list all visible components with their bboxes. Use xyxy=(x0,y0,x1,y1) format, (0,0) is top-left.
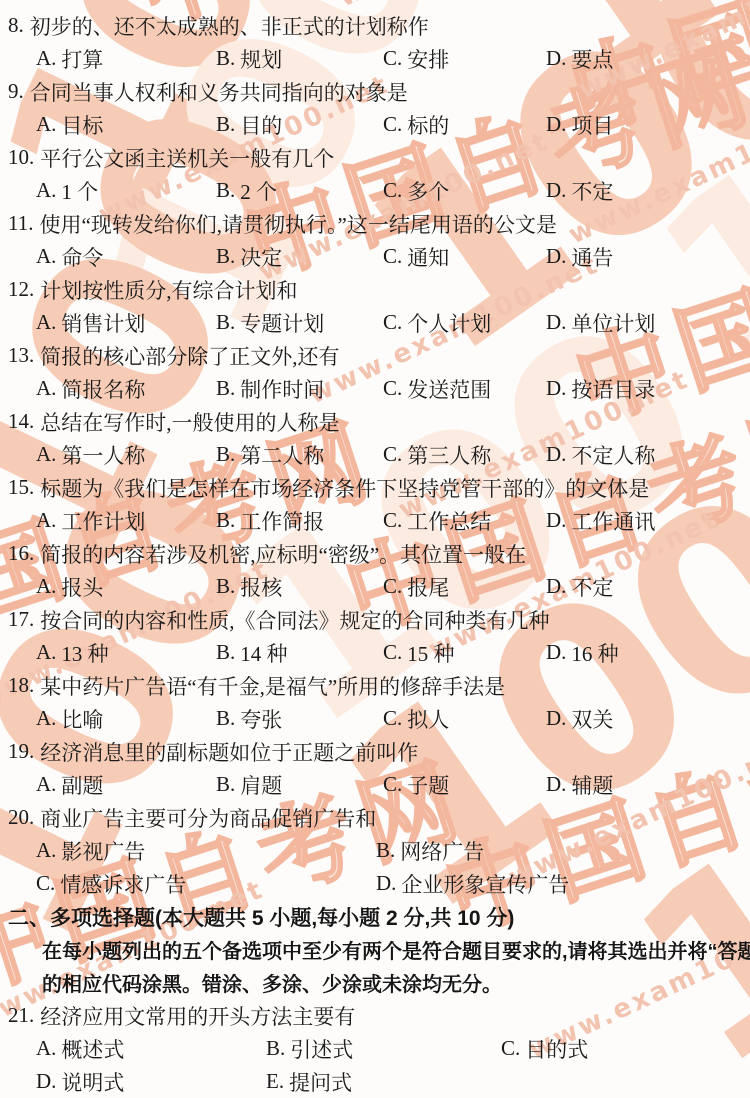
option-text: 多个 xyxy=(407,176,449,206)
option-text: 单位计划 xyxy=(571,308,655,338)
option-text: 提问式 xyxy=(289,1067,352,1097)
option-text: 不定人称 xyxy=(571,440,655,470)
option: B.专题计划 xyxy=(216,306,383,339)
option-text: 目的 xyxy=(240,110,282,140)
option-label: C. xyxy=(383,376,402,401)
option: C.标的 xyxy=(383,108,546,141)
option: D.不定人称 xyxy=(546,438,744,471)
question-options: A.目标B.目的C.标的D.项目 xyxy=(8,108,744,141)
option-text: 报核 xyxy=(240,572,282,602)
option: A.简报名称 xyxy=(36,372,216,405)
question-number: 12. xyxy=(8,277,34,302)
option: D.16 种 xyxy=(546,636,744,669)
question-text: 某中药片广告语“有千金,是福气”所用的修辞手法是 xyxy=(40,671,505,701)
option-text: 决定 xyxy=(240,242,282,272)
option: B.目的 xyxy=(216,108,383,141)
option-label: D. xyxy=(546,706,566,731)
option-label: A. xyxy=(36,310,56,335)
option-label: C. xyxy=(383,244,402,269)
question-text: 合同当事人权利和义务共同指向的对象是 xyxy=(30,77,408,107)
option-label: B. xyxy=(216,442,235,467)
option: B.14 种 xyxy=(216,636,383,669)
option: C.目的式 xyxy=(501,1032,744,1065)
option-label: C. xyxy=(501,1036,520,1061)
option-label: C. xyxy=(383,574,402,599)
question-number: 15. xyxy=(8,475,34,500)
option: C.情感诉求广告 xyxy=(36,867,376,900)
option-text: 打算 xyxy=(61,44,103,74)
option: B.决定 xyxy=(216,240,383,273)
question-number: 16. xyxy=(8,541,34,566)
question-options: A.第一人称B.第二人称C.第三人称D.不定人称 xyxy=(8,438,744,471)
option: B.规划 xyxy=(216,42,383,75)
question-options: A.概述式B.引述式C.目的式D.说明式E.提问式 xyxy=(8,1032,744,1098)
option: A.1 个 xyxy=(36,174,216,207)
option-label: C. xyxy=(383,706,402,731)
option: C.发送范围 xyxy=(383,372,546,405)
option-label: D. xyxy=(36,1069,56,1094)
option-text: 工作计划 xyxy=(61,506,145,536)
option-label: B. xyxy=(216,178,235,203)
option-label: B. xyxy=(376,838,395,863)
question-text: 平行公文函主送机关一般有几个 xyxy=(40,143,334,173)
option-label: D. xyxy=(376,871,396,896)
option-text: 副题 xyxy=(61,770,103,800)
question-text: 商业广告主要可分为商品促销广告和 xyxy=(40,803,376,833)
section-heading: 二、多项选择题(本大题共 5 小题,每小题 2 分,共 10 分) xyxy=(8,900,744,933)
option-label: B. xyxy=(216,640,235,665)
question-number: 10. xyxy=(8,145,34,170)
option: D.通告 xyxy=(546,240,744,273)
option-label: D. xyxy=(546,310,566,335)
question: 10.平行公文函主送机关一般有几个 xyxy=(8,141,744,174)
option: D.项目 xyxy=(546,108,744,141)
question-number: 21. xyxy=(8,1003,34,1028)
option: B.第二人称 xyxy=(216,438,383,471)
option-label: A. xyxy=(36,640,56,665)
option-label: C. xyxy=(383,640,402,665)
option-text: 肩题 xyxy=(240,770,282,800)
question-text: 使用“现转发给你们,请贯彻执行。”这一结尾用语的公文是 xyxy=(39,209,556,239)
option-label: B. xyxy=(216,112,235,137)
option-label: A. xyxy=(36,1036,56,1061)
option: C.第三人称 xyxy=(383,438,546,471)
question: 8.初步的、还不太成熟的、非正式的计划称作 xyxy=(8,9,744,42)
option: C.子题 xyxy=(383,768,546,801)
option-text: 项目 xyxy=(571,110,613,140)
option-text: 不定 xyxy=(571,176,613,206)
exam-paper-page: 100100100100100100100100100100100中国自考网中国… xyxy=(0,0,750,1098)
question-number: 19. xyxy=(8,739,34,764)
option-text: 命令 xyxy=(61,242,103,272)
option-text: 双关 xyxy=(571,704,613,734)
option-text: 比喻 xyxy=(61,704,103,734)
option: A.命令 xyxy=(36,240,216,273)
option-text: 工作通讯 xyxy=(571,506,655,536)
option-text: 安排 xyxy=(407,44,449,74)
question-text: 按合同的内容和性质,《合同法》规定的合同种类有几种 xyxy=(40,605,549,635)
option-label: A. xyxy=(36,772,56,797)
option-label: B. xyxy=(216,310,235,335)
option: B.引述式 xyxy=(266,1032,501,1065)
option-label: D. xyxy=(546,640,566,665)
question-text: 总结在写作时,一般使用的人称是 xyxy=(40,407,339,437)
question-options: A.副题B.肩题C.子题D.辅题 xyxy=(8,768,744,801)
option-text: 辅题 xyxy=(571,770,613,800)
option: D.单位计划 xyxy=(546,306,744,339)
option: A.副题 xyxy=(36,768,216,801)
option-label: A. xyxy=(36,178,56,203)
option-text: 工作简报 xyxy=(240,506,324,536)
option: C.多个 xyxy=(383,174,546,207)
question: 19.经济消息里的副标题如位于正题之前叫作 xyxy=(8,735,744,768)
question-options: A.工作计划B.工作简报C.工作总结D.工作通讯 xyxy=(8,504,744,537)
option-label: D. xyxy=(546,574,566,599)
option: D.辅题 xyxy=(546,768,744,801)
option: A.销售计划 xyxy=(36,306,216,339)
question: 17.按合同的内容和性质,《合同法》规定的合同种类有几种 xyxy=(8,603,744,636)
option: A.目标 xyxy=(36,108,216,141)
option-text: 发送范围 xyxy=(407,374,491,404)
option-label: D. xyxy=(546,772,566,797)
option-label: C. xyxy=(383,508,402,533)
option: B.网络广告 xyxy=(376,834,744,867)
question: 18.某中药片广告语“有千金,是福气”所用的修辞手法是 xyxy=(8,669,744,702)
option-text: 14 种 xyxy=(240,638,287,668)
option-text: 说明式 xyxy=(61,1067,124,1097)
question-options: A.销售计划B.专题计划C.个人计划D.单位计划 xyxy=(8,306,744,339)
option: B.夸张 xyxy=(216,702,383,735)
option-text: 要点 xyxy=(571,44,613,74)
question-number: 13. xyxy=(8,343,34,368)
question-number: 18. xyxy=(8,673,34,698)
question-text: 标题为《我们是怎样在市场经济条件下坚持党管干部的》的文体是 xyxy=(40,473,649,503)
option: B.工作简报 xyxy=(216,504,383,537)
option: C.通知 xyxy=(383,240,546,273)
option-text: 专题计划 xyxy=(240,308,324,338)
option: E.提问式 xyxy=(266,1065,501,1098)
question-text: 初步的、还不太成熟的、非正式的计划称作 xyxy=(30,11,429,41)
option-label: D. xyxy=(546,46,566,71)
option: D.工作通讯 xyxy=(546,504,744,537)
question-options: A.简报名称B.制作时间C.发送范围D.按语目录 xyxy=(8,372,744,405)
question-text: 计划按性质分,有综合计划和 xyxy=(40,275,297,305)
question-options: A.13 种B.14 种C.15 种D.16 种 xyxy=(8,636,744,669)
option-text: 影视广告 xyxy=(61,836,145,866)
option: D.不定 xyxy=(546,174,744,207)
option: C.拟人 xyxy=(383,702,546,735)
option-text: 目的式 xyxy=(525,1034,588,1064)
question-options: A.打算B.规划C.安排D.要点 xyxy=(8,42,744,75)
option: A.影视广告 xyxy=(36,834,376,867)
question-options: A.影视广告B.网络广告C.情感诉求广告D.企业形象宣传广告 xyxy=(8,834,744,900)
option-label: A. xyxy=(36,112,56,137)
option-label: A. xyxy=(36,244,56,269)
option-text: 通知 xyxy=(407,242,449,272)
question-number: 9. xyxy=(8,79,24,104)
question-number: 8. xyxy=(8,13,24,38)
option-label: A. xyxy=(36,574,56,599)
option-label: B. xyxy=(266,1036,285,1061)
question-options: A.1 个B.2 个C.多个D.不定 xyxy=(8,174,744,207)
question: 9.合同当事人权利和义务共同指向的对象是 xyxy=(8,75,744,108)
option-text: 报头 xyxy=(61,572,103,602)
option-text: 16 种 xyxy=(571,638,618,668)
question: 14.总结在写作时,一般使用的人称是 xyxy=(8,405,744,438)
multi-choice-question-list: 21.经济应用文常用的开头方法主要有A.概述式B.引述式C.目的式D.说明式E.… xyxy=(8,999,744,1098)
option-text: 个人计划 xyxy=(407,308,491,338)
question-options: A.命令B.决定C.通知D.通告 xyxy=(8,240,744,273)
option-text: 目标 xyxy=(61,110,103,140)
question-options: A.报头B.报核C.报尾D.不定 xyxy=(8,570,744,603)
question-text: 经济应用文常用的开头方法主要有 xyxy=(40,1001,355,1031)
option-label: A. xyxy=(36,508,56,533)
option: D.说明式 xyxy=(36,1065,266,1098)
question-number: 17. xyxy=(8,607,34,632)
option-text: 2 个 xyxy=(240,176,277,206)
question: 11.使用“现转发给你们,请贯彻执行。”这一结尾用语的公文是 xyxy=(8,207,744,240)
option-text: 制作时间 xyxy=(240,374,324,404)
option: C.安排 xyxy=(383,42,546,75)
option: B.制作时间 xyxy=(216,372,383,405)
option-label: D. xyxy=(546,178,566,203)
question-text: 简报的内容若涉及机密,应标明“密级”。其位置一般在 xyxy=(40,539,526,569)
option: B.2 个 xyxy=(216,174,383,207)
option: A.打算 xyxy=(36,42,216,75)
question: 20.商业广告主要可分为商品促销广告和 xyxy=(8,801,744,834)
option-text: 标的 xyxy=(407,110,449,140)
option-label: C. xyxy=(383,112,402,137)
single-choice-question-list: 8.初步的、还不太成熟的、非正式的计划称作A.打算B.规划C.安排D.要点9.合… xyxy=(8,9,744,900)
option-label: C. xyxy=(383,772,402,797)
question-number: 11. xyxy=(8,211,33,236)
question: 15.标题为《我们是怎样在市场经济条件下坚持党管干部的》的文体是 xyxy=(8,471,744,504)
option: A.比喻 xyxy=(36,702,216,735)
option-text: 第二人称 xyxy=(240,440,324,470)
option: C.个人计划 xyxy=(383,306,546,339)
option-label: B. xyxy=(216,574,235,599)
option: C.15 种 xyxy=(383,636,546,669)
option-text: 网络广告 xyxy=(400,836,484,866)
option-label: C. xyxy=(383,46,402,71)
option-label: A. xyxy=(36,838,56,863)
section-instructions-line-2: 的相应代码涂黑。错涂、多涂、少涂或未涂均无分。 xyxy=(8,966,744,999)
question: 12.计划按性质分,有综合计划和 xyxy=(8,273,744,306)
option-text: 引述式 xyxy=(290,1034,353,1064)
option-label: D. xyxy=(546,442,566,467)
question-number: 14. xyxy=(8,409,34,434)
option-text: 概述式 xyxy=(61,1034,124,1064)
option-text: 15 种 xyxy=(407,638,454,668)
option-text: 不定 xyxy=(571,572,613,602)
option-text: 销售计划 xyxy=(61,308,145,338)
option: B.肩题 xyxy=(216,768,383,801)
option-label: D. xyxy=(546,112,566,137)
option: A.概述式 xyxy=(36,1032,266,1065)
question: 13.简报的核心部分除了正文外,还有 xyxy=(8,339,744,372)
option-label: C. xyxy=(383,442,402,467)
option-label: A. xyxy=(36,442,56,467)
option: C.报尾 xyxy=(383,570,546,603)
question: 21.经济应用文常用的开头方法主要有 xyxy=(8,999,744,1032)
option-text: 子题 xyxy=(407,770,449,800)
option-text: 规划 xyxy=(240,44,282,74)
option-text: 第一人称 xyxy=(61,440,145,470)
option: D.要点 xyxy=(546,42,744,75)
option-text: 报尾 xyxy=(407,572,449,602)
question-text: 简报的核心部分除了正文外,还有 xyxy=(40,341,339,371)
question-options: A.比喻B.夸张C.拟人D.双关 xyxy=(8,702,744,735)
option-label: A. xyxy=(36,706,56,731)
option-text: 工作总结 xyxy=(407,506,491,536)
question-text: 经济消息里的副标题如位于正题之前叫作 xyxy=(40,737,418,767)
question-number: 20. xyxy=(8,805,34,830)
option: D.双关 xyxy=(546,702,744,735)
option: B.报核 xyxy=(216,570,383,603)
option-label: A. xyxy=(36,46,56,71)
option-text: 企业形象宣传广告 xyxy=(401,869,569,899)
option: C.工作总结 xyxy=(383,504,546,537)
option-label: B. xyxy=(216,772,235,797)
option-label: C. xyxy=(383,310,402,335)
option-label: C. xyxy=(383,178,402,203)
option: A.13 种 xyxy=(36,636,216,669)
option: A.第一人称 xyxy=(36,438,216,471)
option-text: 夸张 xyxy=(240,704,282,734)
option-text: 拟人 xyxy=(407,704,449,734)
option: D.按语目录 xyxy=(546,372,744,405)
option-label: C. xyxy=(36,871,55,896)
option-text: 1 个 xyxy=(61,176,98,206)
option-text: 第三人称 xyxy=(407,440,491,470)
option-label: B. xyxy=(216,376,235,401)
option: A.报头 xyxy=(36,570,216,603)
option-text: 简报名称 xyxy=(61,374,145,404)
option-label: E. xyxy=(266,1069,284,1094)
section-instructions-line-1: 在每小题列出的五个备选项中至少有两个是符合题目要求的,请将其选出并将“答题纸” xyxy=(8,933,744,966)
option: A.工作计划 xyxy=(36,504,216,537)
option-label: B. xyxy=(216,46,235,71)
option-label: D. xyxy=(546,376,566,401)
option-text: 按语目录 xyxy=(571,374,655,404)
option-label: B. xyxy=(216,244,235,269)
option-text: 13 种 xyxy=(61,638,108,668)
option: D.不定 xyxy=(546,570,744,603)
option-text: 情感诉求广告 xyxy=(60,869,186,899)
option-text: 通告 xyxy=(571,242,613,272)
question: 16.简报的内容若涉及机密,应标明“密级”。其位置一般在 xyxy=(8,537,744,570)
option-label: D. xyxy=(546,508,566,533)
exam-content: 8.初步的、还不太成熟的、非正式的计划称作A.打算B.规划C.安排D.要点9.合… xyxy=(0,0,750,1098)
option-label: D. xyxy=(546,244,566,269)
option-label: B. xyxy=(216,508,235,533)
option: D.企业形象宣传广告 xyxy=(376,867,744,900)
option-label: A. xyxy=(36,376,56,401)
option-label: B. xyxy=(216,706,235,731)
